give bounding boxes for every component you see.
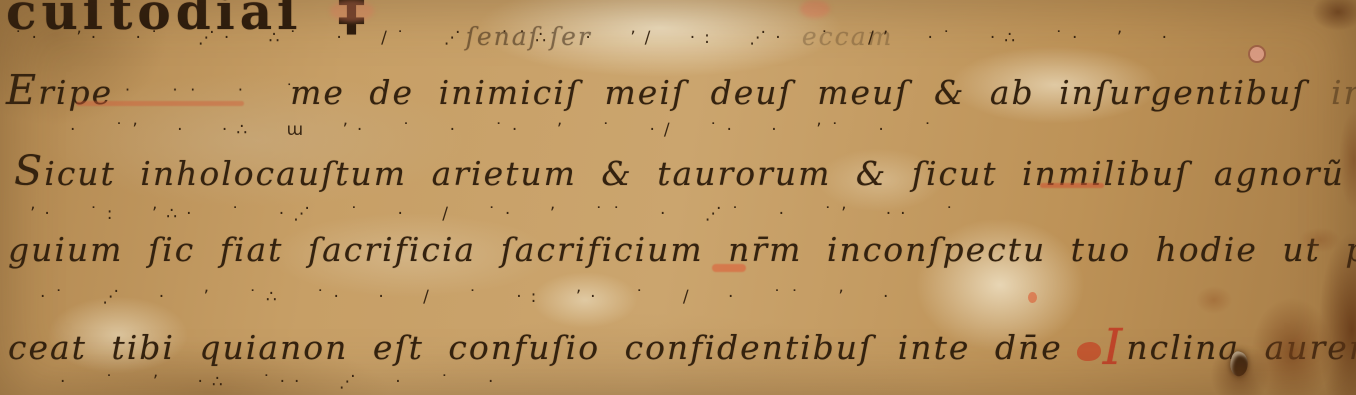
red-initial-i: I (1103, 318, 1125, 376)
chant-line-guium: guium ſic fiat ſacrificia ſacrificium nr… (0, 230, 1356, 269)
neume-row-ceat: ·˙ ⋰ · ʼ ˙∴ ˙· · ∕ ˙ ·: ʼ· ˙ ∕ · ˙˙ ʼ · (0, 287, 1356, 307)
chant-line-eripe: Eripe· ·· · ˙ ·me de inimiciſ meiſ deuſ … (0, 66, 1356, 114)
chant-text: nclina aurem (1126, 328, 1356, 367)
chant-line-sicut: Sicut inholocauſtum arietum & taurorum &… (0, 147, 1356, 195)
chant-text-worn: in me (1331, 73, 1356, 112)
chant-line-ceat: ceat tibi quianon eſt confuſio confident… (0, 313, 1356, 371)
gap-neume-dots: · ·· · ˙ · (125, 81, 290, 99)
neume-row-bottom: · ˙ ʼ ·∴ ˙·· ⋰ · ˙ · (0, 372, 1356, 392)
red-ornament-blob (1077, 342, 1101, 361)
manuscript-page: cuſtodiaſ‡ſenaſ ſereccam ˙· ʼ· ·˙ ⋰· ∴˙ … (0, 0, 1356, 395)
neume-row-eripe: ˙· ʼ· ·˙ ⋰· ∴˙ · ∕˙ ⋰ ˙˙∴ · ʼ∕ ·: ⋰· ˙ ∕… (0, 28, 1356, 48)
chant-text: guium ſic fiat ſacrificia ſacrificium nr… (8, 230, 1356, 269)
neume-row-sicut: · ˙ʼ · ·∴ ɯ ʼ· ˙ · ˙· ʼ ˙ ·∕ ˙· · ʼ˙ · ˙ (0, 120, 1356, 140)
incipit-eripe: Eripe (6, 66, 113, 114)
chant-text: me de inimiciſ meiſ deuſ meuſ & ab inſur… (290, 73, 1306, 112)
chant-text: ceat tibi quianon eſt confuſio confident… (8, 328, 1063, 367)
chant-text: Sicut inholocauſtum arietum & taurorum &… (14, 147, 1356, 195)
neume-row-guium: ʼ· ˙: ʼ∴· ˙ ·⋰ ˙ · ∕ ˙· ʼ ˙˙ · ⋰˙ · ˙ʼ ·… (0, 204, 1356, 224)
